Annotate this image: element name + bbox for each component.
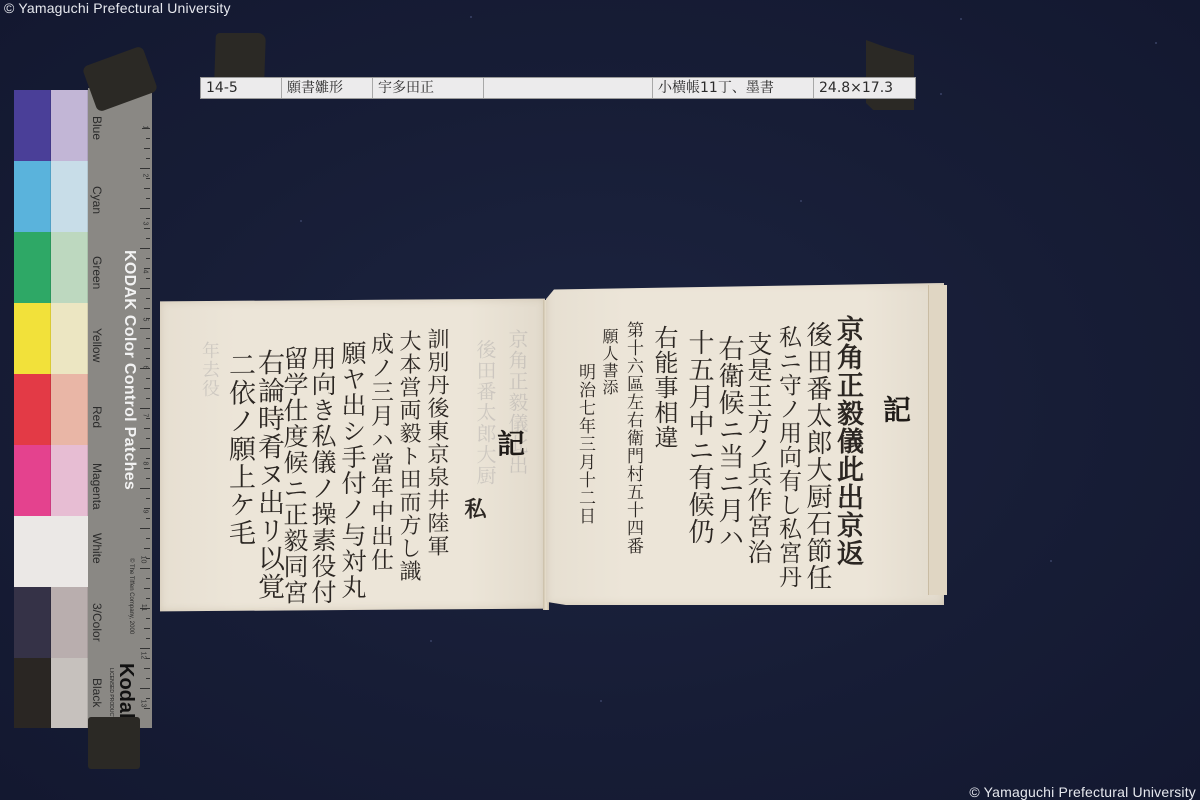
patch-magenta bbox=[14, 445, 88, 516]
patch-blue bbox=[14, 90, 88, 161]
kodak-logo-sub: LICENSED PRODUCT bbox=[108, 668, 114, 719]
right-column-4: 支是王方ノ兵作宮治 bbox=[746, 331, 771, 565]
copyright-watermark-bottom: © Yamaguchi Prefectural University bbox=[969, 784, 1196, 800]
copyright-watermark-top: © Yamaguchi Prefectural University bbox=[4, 0, 231, 16]
historical-document: 京角正毅儀此出 後田番太郎大厨 年去役 記 私 訓別丹後東京泉井陸軍 大本営両毅… bbox=[160, 280, 950, 610]
right-column-3: 私ニ守ノ用向有し私宮丹 bbox=[776, 325, 799, 589]
left-page-subheading: 私 bbox=[463, 497, 485, 520]
catalog-author: 宇多田正 bbox=[373, 78, 484, 98]
left-column-3: 成ノ三月ハ當年中出仕 bbox=[368, 332, 391, 572]
label-yellow: Yellow bbox=[90, 328, 104, 362]
ruler-ticks: 1 2 3 4 5 6 7 8 9 10 11 12 13 bbox=[132, 88, 152, 728]
right-column-10: 明治七年三月十二日 bbox=[576, 363, 593, 525]
left-column-2: 大本営両毅ト田而方し識 bbox=[397, 330, 419, 583]
right-page: 記 京角正毅儀此出京返 後田番太郎大厨石節任 私ニ守ノ用向有し私宮丹 支是王方ノ… bbox=[546, 283, 944, 605]
right-column-6: 十五月中ニ有候仍 bbox=[686, 329, 712, 545]
catalog-title: 願書雛形 bbox=[282, 78, 373, 98]
left-column-7: 右論時肴ヌ出リ以覚 bbox=[255, 348, 282, 600]
tape-top-right bbox=[866, 40, 914, 110]
patch-green bbox=[14, 232, 88, 303]
right-column-9: 願人書添 bbox=[601, 328, 617, 396]
right-column-2: 後田番太郎大厨石節任 bbox=[804, 321, 830, 591]
kodak-scale-strip: Blue Cyan Green Yellow Red Magenta White… bbox=[88, 88, 152, 728]
patch-cyan bbox=[14, 161, 88, 232]
right-column-1: 京角正毅儀此出京返 bbox=[834, 315, 861, 567]
catalog-blank bbox=[484, 78, 653, 98]
left-page-heading: 記 bbox=[495, 429, 523, 458]
catalog-label: 14-5 願書雛形 宇多田正 小横帳11丁、墨書 24.8×17.3 bbox=[200, 77, 916, 99]
patch-3color bbox=[14, 587, 88, 658]
left-page: 京角正毅儀此出 後田番太郎大厨 年去役 記 私 訓別丹後東京泉井陸軍 大本営両毅… bbox=[160, 299, 545, 612]
patch-black bbox=[14, 658, 88, 728]
patch-white bbox=[14, 516, 88, 587]
label-magenta: Magenta bbox=[90, 463, 104, 510]
catalog-id: 14-5 bbox=[201, 78, 282, 98]
page-edge bbox=[928, 285, 947, 595]
left-column-1: 訓別丹後東京泉井陸軍 bbox=[425, 327, 447, 557]
label-blue: Blue bbox=[90, 116, 104, 140]
patch-red bbox=[14, 374, 88, 445]
left-column-6: 留学仕度候ニ正毅同宮 bbox=[282, 345, 307, 605]
label-black: Black bbox=[90, 678, 104, 707]
left-column-8: 二依ノ願上ケ毛 bbox=[226, 351, 253, 547]
right-column-7: 右能事相違 bbox=[652, 325, 676, 450]
left-column-4: 願ヤ出シ手付ノ与対丸 bbox=[340, 340, 365, 600]
catalog-format: 小横帳11丁、墨書 bbox=[653, 78, 814, 98]
right-page-heading: 記 bbox=[881, 395, 909, 424]
color-calibration-chart bbox=[14, 90, 88, 728]
right-column-5: 右衛候ニ当ニ月ハ bbox=[716, 335, 742, 551]
catalog-size: 24.8×17.3 bbox=[814, 78, 915, 98]
left-column-5: 用向き私儀ノ操素役付 bbox=[310, 345, 335, 605]
label-red: Red bbox=[90, 406, 104, 428]
right-column-8: 第十六區左右衛門村五十四番 bbox=[624, 321, 641, 555]
label-3color: 3/Color bbox=[90, 603, 104, 642]
tape-chart-bottom bbox=[88, 717, 140, 769]
label-green: Green bbox=[90, 256, 104, 289]
label-white: White bbox=[90, 533, 104, 564]
patch-yellow bbox=[14, 303, 88, 374]
label-cyan: Cyan bbox=[90, 186, 104, 214]
